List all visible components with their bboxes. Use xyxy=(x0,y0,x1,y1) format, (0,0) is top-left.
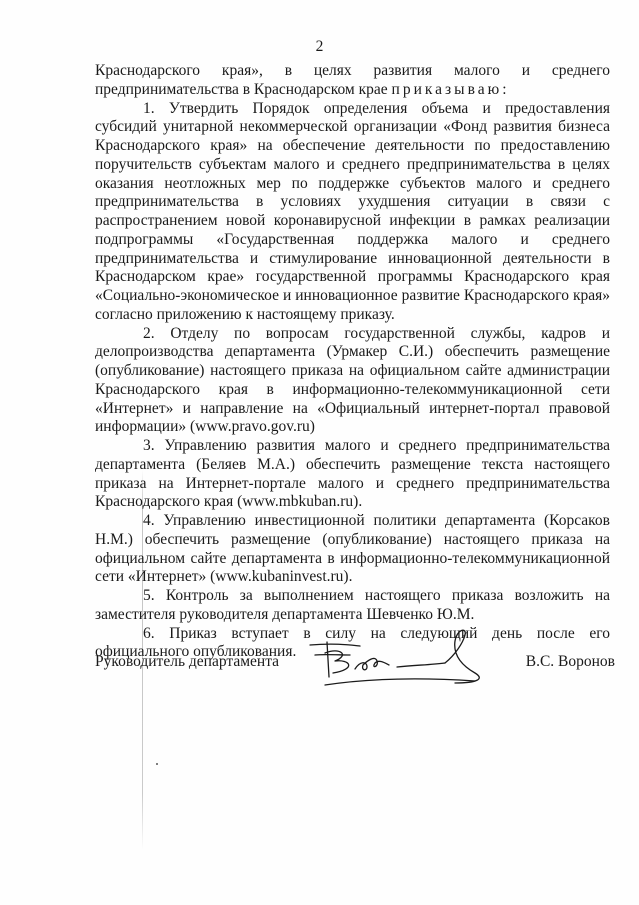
document-body: Краснодарского края», в целях развития м… xyxy=(95,62,610,662)
intro-line-2-suffix: : xyxy=(502,81,506,98)
item-4: 4. Управлению инвестиционной политики де… xyxy=(95,512,610,587)
signatory-name: В.С. Воронов xyxy=(526,653,615,671)
signature-block: Руководитель департамента В.С. Воронов xyxy=(95,625,615,695)
page-number: 2 xyxy=(0,38,639,56)
item-1: 1. Утвердить Порядок определения объема … xyxy=(95,100,610,325)
document-page: 2 Краснодарского края», в целях развития… xyxy=(0,0,639,905)
signature-icon xyxy=(305,625,505,695)
item-3: 3. Управлению развития малого и среднего… xyxy=(95,437,610,512)
intro-line-2-prefix: в Краснодарском крае xyxy=(243,81,392,98)
intro-paragraph: Краснодарского края», в целях развития м… xyxy=(95,62,610,100)
item-5: 5. Контроль за выполнением настоящего пр… xyxy=(95,587,610,625)
order-word: приказываю xyxy=(392,81,503,98)
signatory-title: Руководитель департамента xyxy=(95,653,279,671)
scan-speck xyxy=(156,763,158,765)
item-2: 2. Отделу по вопросам государственной сл… xyxy=(95,325,610,438)
